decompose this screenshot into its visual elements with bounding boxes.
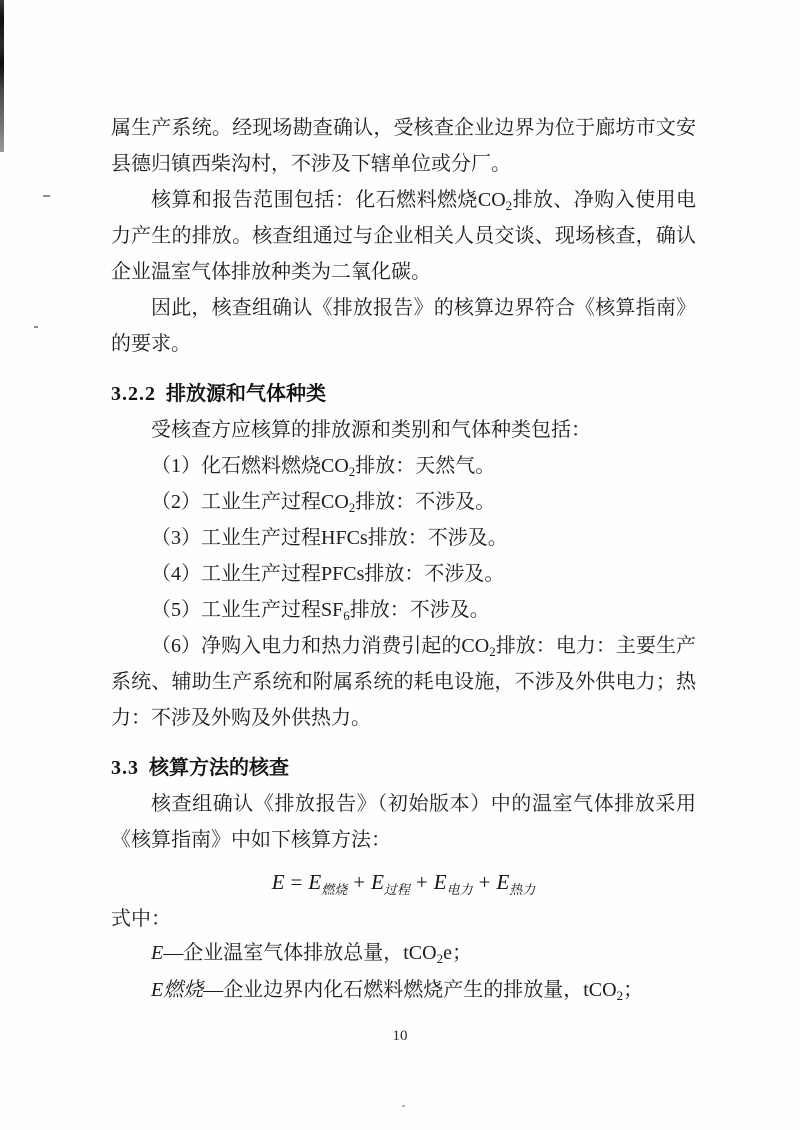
formula-lhs: E <box>272 870 285 894</box>
item-text: （2）工业生产过程CO <box>151 491 349 513</box>
definition-text: —企业温室气体排放总量， <box>163 942 403 964</box>
scan-speck <box>43 195 50 197</box>
document-page: 属生产系统。经现场勘查确认，受核查企业边界为位于廊坊市文安县德归镇西柴沟村，不涉… <box>0 0 800 1130</box>
formula-term-base: E <box>308 870 321 894</box>
formula-term-base: E <box>496 870 509 894</box>
page-number: 10 <box>0 1028 800 1045</box>
list-item-2: （2）工业生产过程CO2排放：不涉及。 <box>111 484 696 520</box>
item-text: 排放：不涉及。 <box>355 491 495 513</box>
item-text: （3）工业生产过程HFCs排放：不涉及。 <box>151 527 508 549</box>
symbol-e: E <box>151 942 163 964</box>
list-item-6: （6）净购入电力和热力消费引起的CO2排放：电力：主要生产系统、辅助生产系统和附… <box>111 628 696 736</box>
where-label: 式中： <box>111 904 696 935</box>
formula-term-sub: 过程 <box>384 882 410 897</box>
item-text: 排放：天然气。 <box>355 455 495 477</box>
scan-speck <box>34 326 38 328</box>
unit-text: tCO <box>583 979 616 1001</box>
paragraph-scope: 核算和报告范围包括：化石燃料燃烧CO2排放、净购入使用电力产生的排放。核查组通过… <box>111 182 696 290</box>
section-number: 3.2.2 <box>111 383 156 405</box>
unit-text: ； <box>623 979 643 1001</box>
definition-text: —企业边界内化石燃料燃烧产生的排放量， <box>203 979 583 1001</box>
paragraph-method-intro: 核查组确认《排放报告》（初始版本）中的温室气体排放采用《核算指南》中如下核算方法… <box>111 786 696 858</box>
unit-text: e； <box>443 942 472 964</box>
list-item-4: （4）工业生产过程PFCs排放：不涉及。 <box>111 556 696 592</box>
equals-sign: = <box>285 870 309 894</box>
item-text: 排放：不涉及。 <box>350 599 490 621</box>
scan-speck <box>402 1105 405 1107</box>
item-text: （4）工业生产过程PFCs排放：不涉及。 <box>151 563 504 585</box>
plus-sign: + <box>347 870 371 894</box>
list-item-5: （5）工业生产过程SF6排放：不涉及。 <box>111 592 696 628</box>
definition-e-combustion: E燃烧—企业边界内化石燃料燃烧产生的排放量，tCO2； <box>111 972 696 1009</box>
page-body: 属生产系统。经现场勘查确认，受核查企业边界为位于廊坊市文安县德归镇西柴沟村，不涉… <box>111 110 696 1009</box>
emission-formula: E=E燃烧+E过程+E电力+E热力 <box>111 860 696 904</box>
list-item-1: （1）化石燃料燃烧CO2排放：天然气。 <box>111 448 696 484</box>
symbol-e: E <box>151 979 163 1001</box>
item-text: （5）工业生产过程SF <box>151 599 343 621</box>
definition-e-total: E—企业温室气体排放总量，tCO2e； <box>111 935 696 972</box>
scope-text-pre: 核算和报告范围包括：化石燃料燃烧CO <box>151 189 506 211</box>
section-title: 核算方法的核查 <box>149 757 289 779</box>
scan-edge-artifact <box>0 0 4 152</box>
formula-term-sub: 热力 <box>509 882 535 897</box>
formula-term-base: E <box>371 870 384 894</box>
section-number: 3.3 <box>111 757 139 779</box>
formula-term-sub: 燃烧 <box>321 882 347 897</box>
plus-sign: + <box>473 870 497 894</box>
paragraph-boundary-continued: 属生产系统。经现场勘查确认，受核查企业边界为位于廊坊市文安县德归镇西柴沟村，不涉… <box>111 110 696 182</box>
paragraph-conclusion: 因此，核查组确认《排放报告》的核算边界符合《核算指南》的要求。 <box>111 290 696 362</box>
formula-term-base: E <box>434 870 447 894</box>
formula-term-sub: 电力 <box>447 882 473 897</box>
section-heading-3-3: 3.3核算方法的核查 <box>111 750 696 786</box>
item-text: （1）化石燃料燃烧CO <box>151 455 349 477</box>
unit-text: tCO <box>403 942 436 964</box>
plus-sign: + <box>410 870 434 894</box>
section-title: 排放源和气体种类 <box>166 383 326 405</box>
symbol-e-sub: 燃烧 <box>163 979 203 1001</box>
item-text: （6）净购入电力和热力消费引起的CO <box>151 635 489 657</box>
paragraph-sources-intro: 受核查方应核算的排放源和类别和气体种类包括： <box>111 412 696 448</box>
section-heading-3-2-2: 3.2.2排放源和气体种类 <box>111 376 696 412</box>
list-item-3: （3）工业生产过程HFCs排放：不涉及。 <box>111 520 696 556</box>
